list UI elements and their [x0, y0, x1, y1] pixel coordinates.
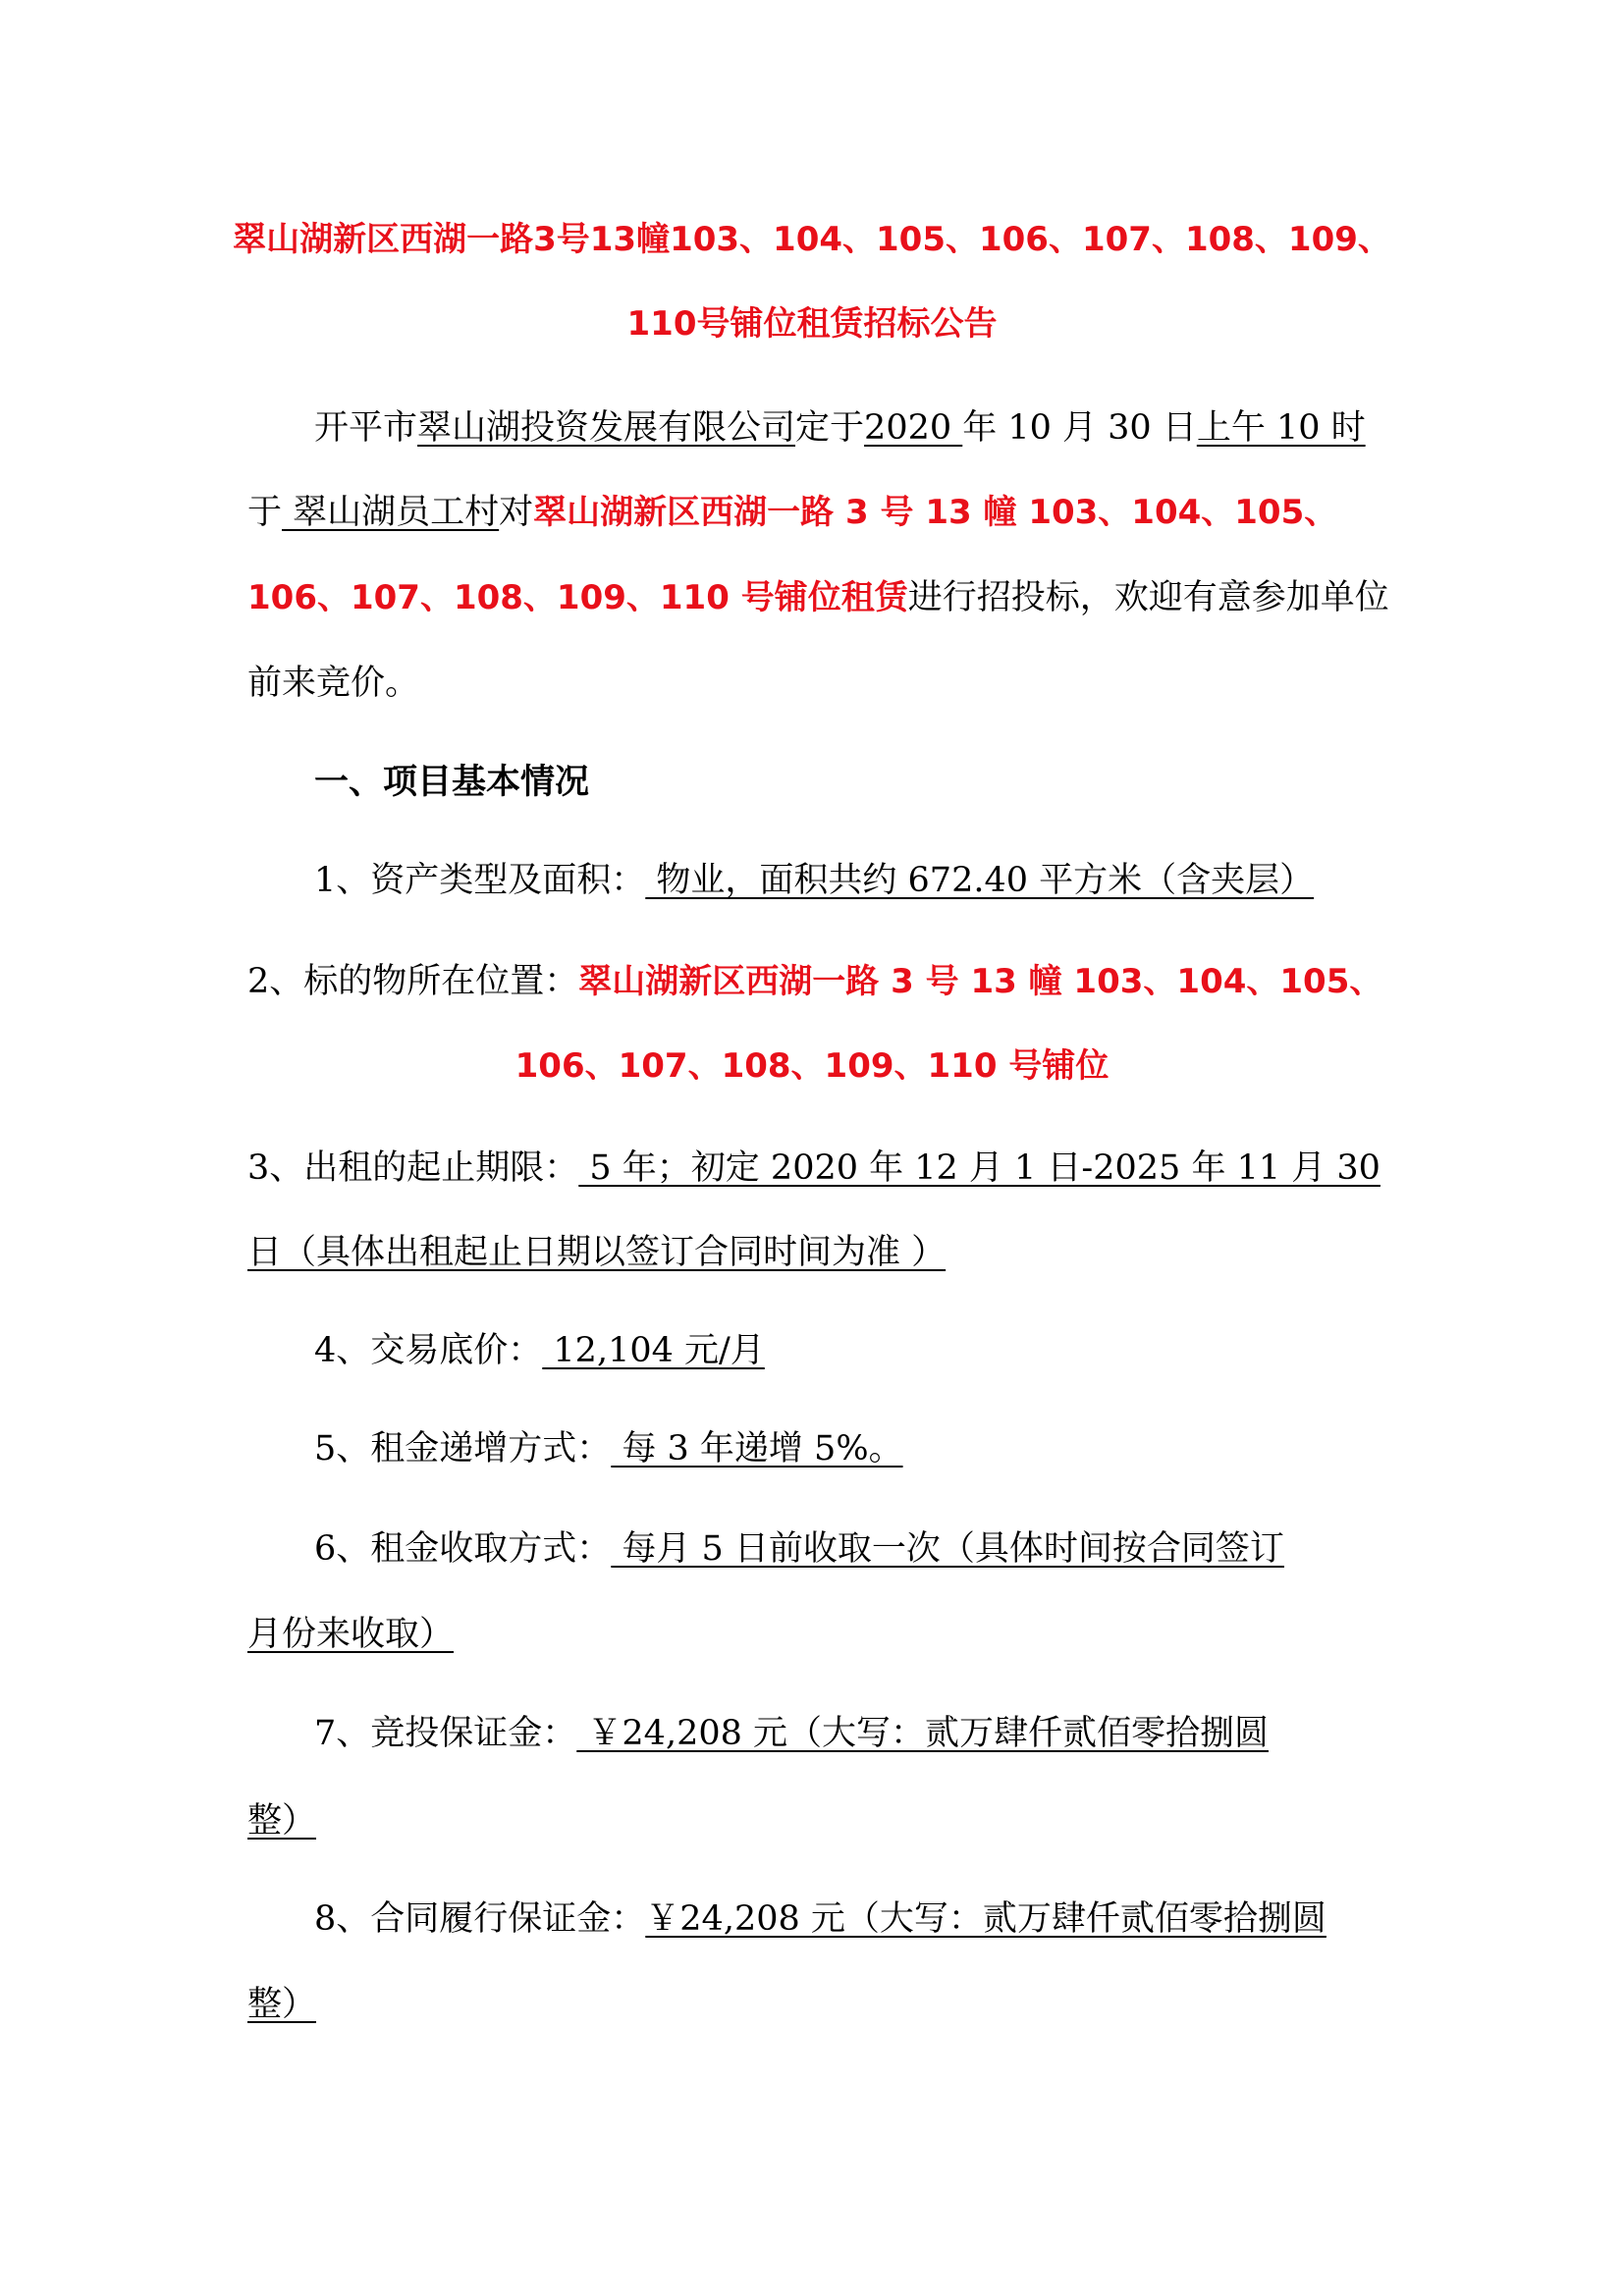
company-name: 翠山湖投资发展有限公司 [417, 408, 795, 448]
item-3-label: 3、出租的起止期限： [247, 1148, 578, 1188]
intro-line-4: 前来竞价。 [247, 662, 419, 705]
subject-text-1: 翠山湖新区西湖一路 3 号 13 幢 103、104、105、 [533, 493, 1337, 532]
item-8-label: 8、合同履行保证金： [314, 1899, 645, 1939]
item-3-value-2: 日（具体出租起止日期以签订合同时间为准 ） [247, 1231, 946, 1274]
section-heading: 一、项目基本情况 [314, 761, 589, 804]
item-4-label: 4、交易底价： [314, 1331, 542, 1370]
item-7: 7、竞投保证金： ￥24,208 元（大写：贰万肆仟贰佰零拾捌圆 [314, 1712, 1269, 1755]
item-8-value-2: 整） [247, 1983, 316, 2026]
item-4: 4、交易底价： 12,104 元/月 [314, 1329, 765, 1372]
bid-time: 上午 10 时 [1197, 408, 1366, 448]
item-4-value: 12,104 元/月 [542, 1331, 765, 1370]
document-title-line-1: 翠山湖新区西湖一路3号13幢103、104、105、106、107、108、10… [0, 218, 1624, 261]
intro-line-2: 于 翠山湖员工村对翠山湖新区西湖一路 3 号 13 幢 103、104、105、 [247, 491, 1337, 534]
subject-text-2: 106、107、108、109、110 号铺位租赁 [247, 578, 908, 617]
bid-location: 翠山湖员工村 [282, 493, 499, 532]
intro-line-3: 106、107、108、109、110 号铺位租赁进行招投标，欢迎有意参加单位 [247, 576, 1389, 619]
item-5: 5、租金递增方式： 每 3 年递增 5%。 [314, 1427, 903, 1470]
item-2-value-1: 翠山湖新区西湖一路 3 号 13 幢 103、104、105、 [578, 962, 1382, 1001]
item-1-value: 物业，面积共约 672.40 平方米（含夹层） [645, 861, 1314, 900]
item-6-value-1: 每月 5 日前收取一次（具体时间按合同签订 [611, 1529, 1284, 1569]
intro-tail: 进行招投标，欢迎有意参加单位 [908, 578, 1389, 617]
to-text: 对 [499, 493, 533, 532]
item-8: 8、合同履行保证金：￥24,208 元（大写：贰万肆仟贰佰零拾捌圆 [314, 1897, 1326, 1941]
item-3-value-1: 5 年；初定 2020 年 12 月 1 日-2025 年 11 月 30 [578, 1148, 1380, 1188]
company-prefix: 开平市 [314, 408, 417, 448]
item-5-label: 5、租金递增方式： [314, 1429, 611, 1468]
bid-year: 2020 [864, 408, 962, 448]
item-6-value-2: 月份来收取） [247, 1613, 454, 1656]
item-2-label: 2、标的物所在位置： [247, 962, 578, 1001]
item-1: 1、资产类型及面积： 物业，面积共约 672.40 平方米（含夹层） [314, 859, 1314, 902]
item-5-value: 每 3 年递增 5%。 [611, 1429, 902, 1468]
bid-date: 年 10 月 30 日 [962, 408, 1197, 448]
item-6: 6、租金收取方式： 每月 5 日前收取一次（具体时间按合同签订 [314, 1527, 1284, 1571]
item-7-value-1: ￥24,208 元（大写：贰万肆仟贰佰零拾捌圆 [576, 1714, 1269, 1753]
item-8-value-1: ￥24,208 元（大写：贰万肆仟贰佰零拾捌圆 [645, 1899, 1326, 1939]
item-3: 3、出租的起止期限： 5 年；初定 2020 年 12 月 1 日-2025 年… [247, 1147, 1380, 1190]
item-2-value-2: 106、107、108、109、110 号铺位 [0, 1044, 1624, 1088]
at-text: 于 [247, 493, 282, 532]
intro-line-1: 开平市翠山湖投资发展有限公司定于2020 年 10 月 30 日上午 10 时 [314, 406, 1366, 450]
item-7-value-2: 整） [247, 1799, 316, 1842]
document-title-line-2: 110号铺位租赁招标公告 [0, 302, 1624, 346]
item-1-label: 1、资产类型及面积： [314, 861, 645, 900]
item-7-label: 7、竞投保证金： [314, 1714, 576, 1753]
item-6-label: 6、租金收取方式： [314, 1529, 611, 1569]
item-2: 2、标的物所在位置：翠山湖新区西湖一路 3 号 13 幢 103、104、105… [247, 960, 1382, 1003]
scheduled-text: 定于 [795, 408, 864, 448]
